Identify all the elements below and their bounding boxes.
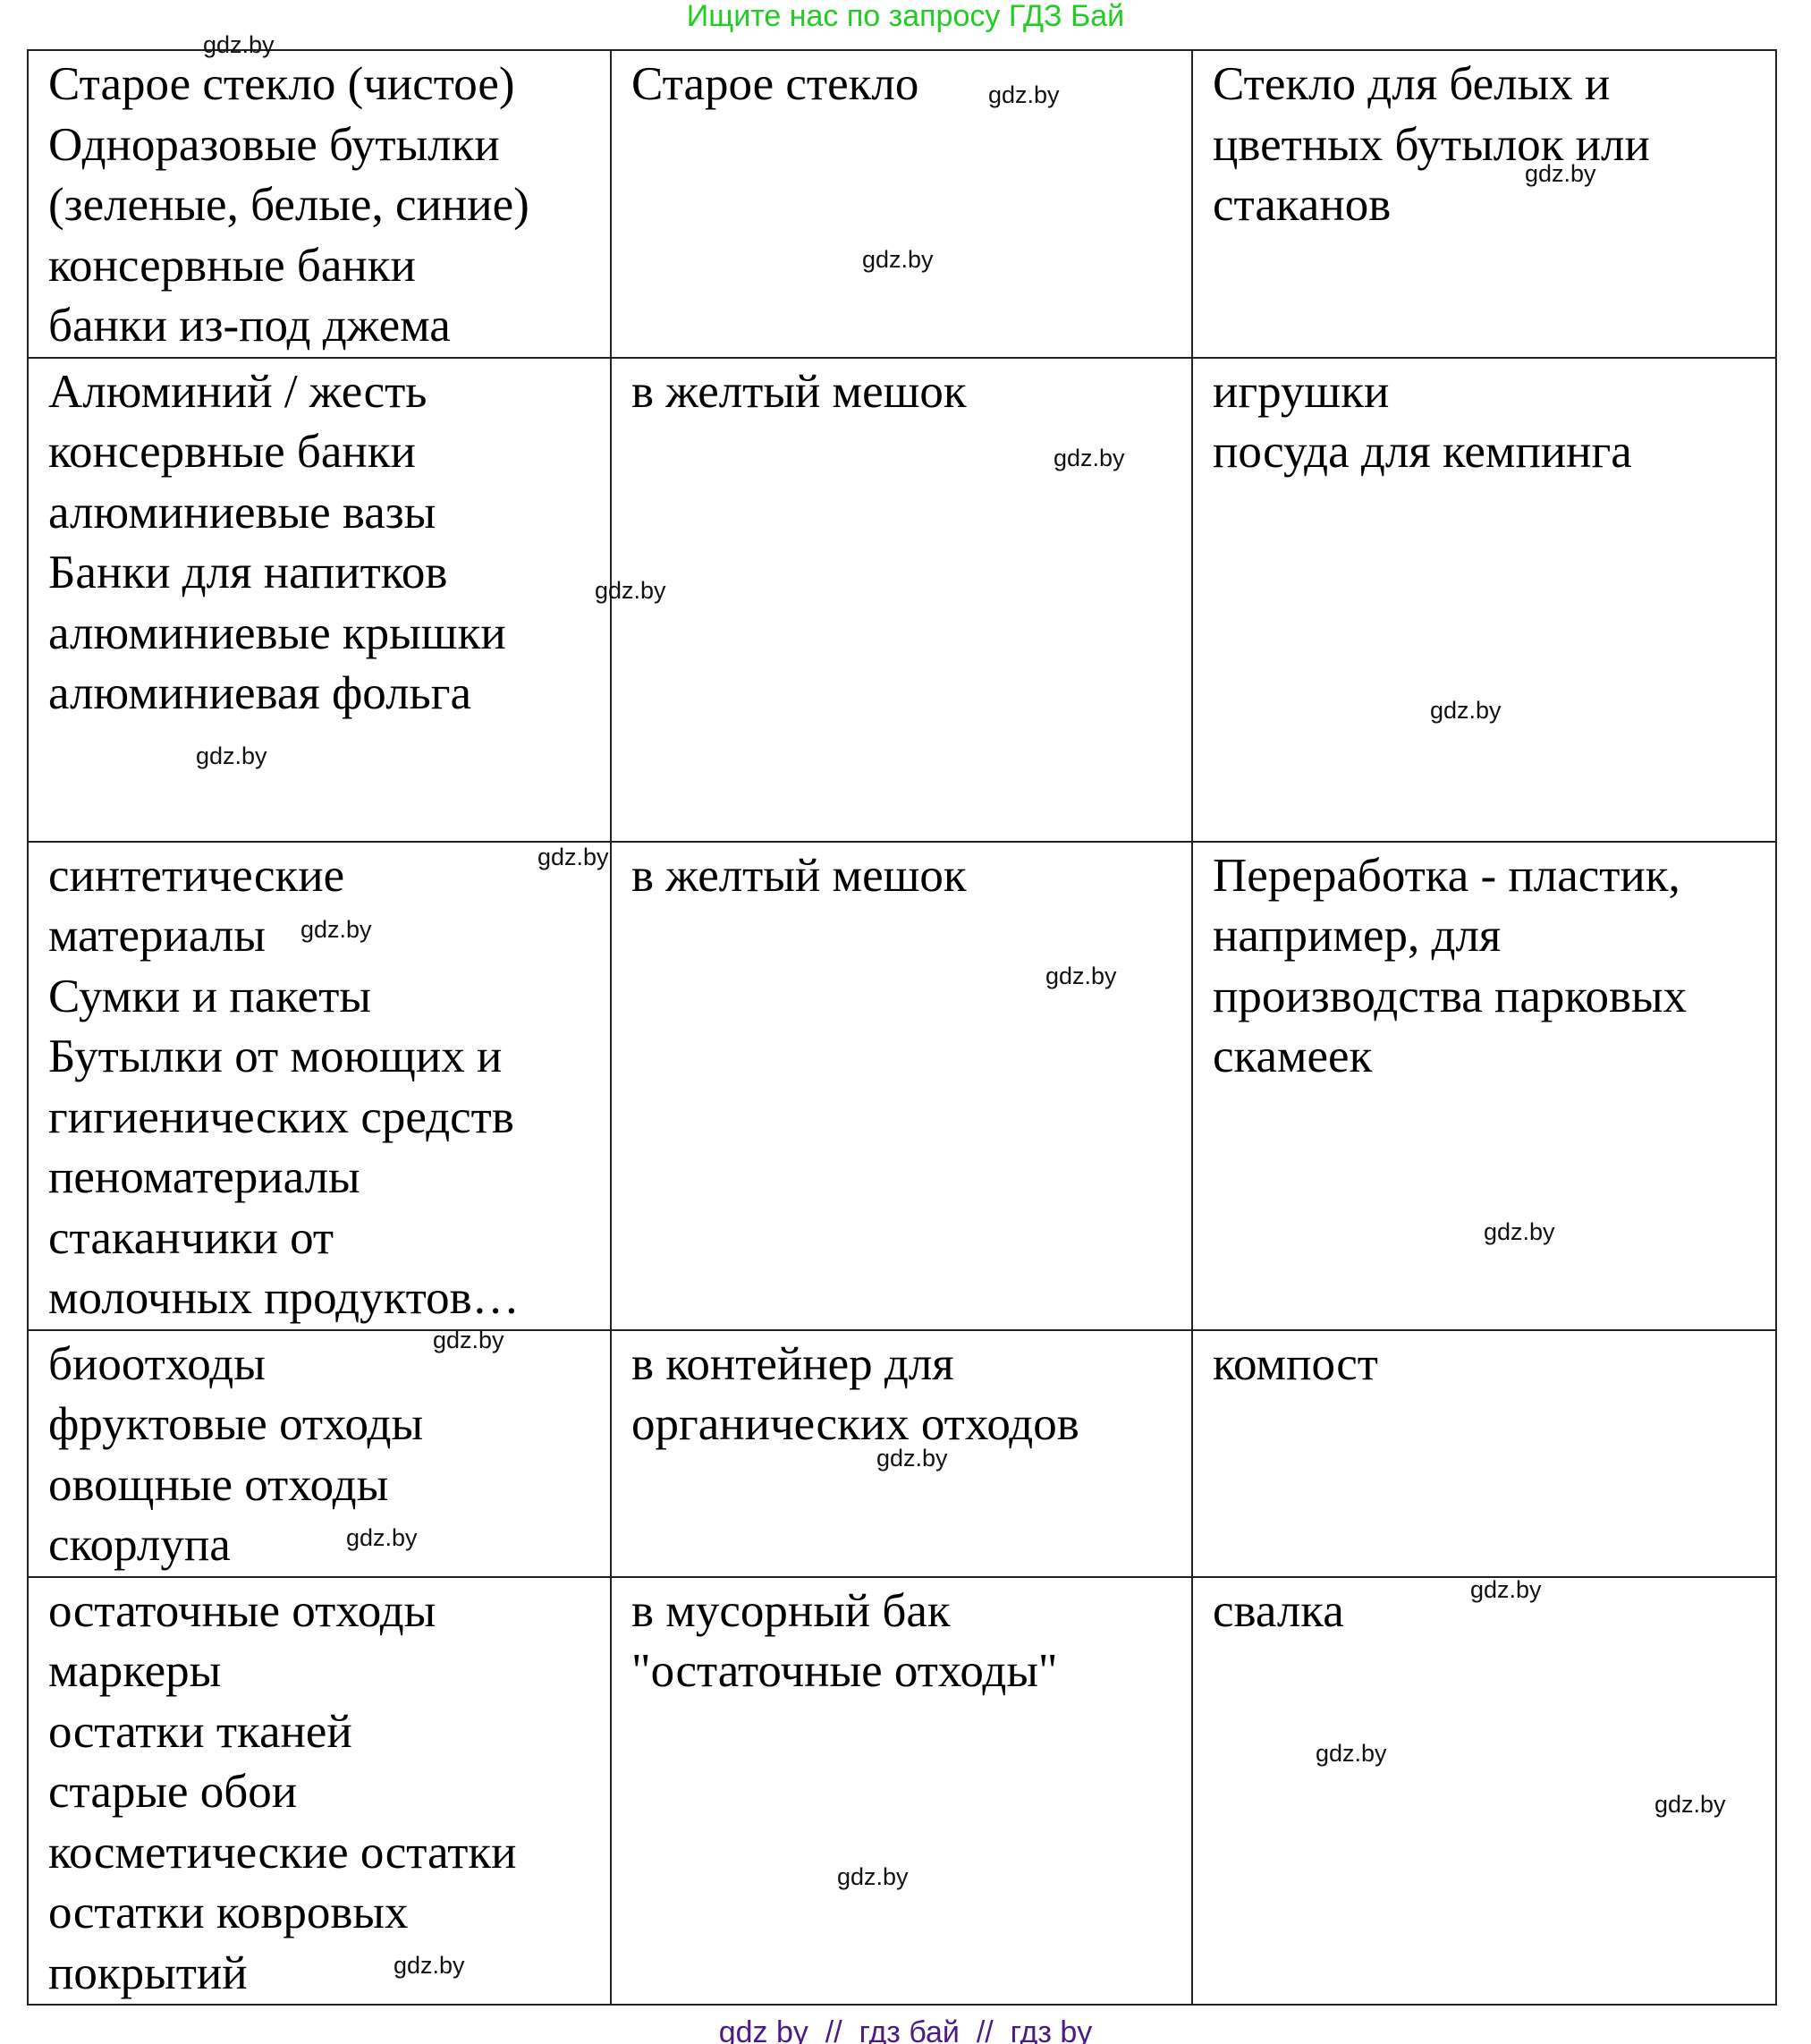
cell-line: косметические остатки bbox=[48, 1823, 590, 1884]
cell-line: Сумки и пакеты bbox=[48, 967, 590, 1028]
cell-line: Старое стекло bbox=[631, 55, 1172, 115]
cell-line: в мусорный бак bbox=[631, 1582, 1172, 1642]
watermark-text: gdz.by bbox=[196, 743, 267, 768]
watermark-text: gdz.by bbox=[1054, 445, 1125, 471]
cell-material: Старое стекло (чистое)Одноразовые бутылк… bbox=[28, 50, 611, 358]
cell-line: покрытий bbox=[48, 1944, 590, 2005]
watermark-text: gdz.by bbox=[537, 844, 609, 869]
watermark-text: gdz.by bbox=[433, 1327, 504, 1353]
cell-line: овощные отходы bbox=[48, 1455, 590, 1516]
footer-links: gdz by // гдз бай // гдз by bbox=[0, 2014, 1811, 2044]
watermark-text: gdz.by bbox=[595, 578, 666, 603]
watermark-text: gdz.by bbox=[203, 32, 275, 57]
cell-line: в контейнер для bbox=[631, 1335, 1172, 1395]
cell-line: (зеленые, белые, синие) bbox=[48, 175, 590, 236]
watermark-text: gdz.by bbox=[346, 1525, 418, 1550]
cell-line: "остаточные отходы" bbox=[631, 1641, 1172, 1702]
watermark-text: gdz.by bbox=[300, 917, 372, 942]
watermark-text: gdz.by bbox=[1470, 1577, 1542, 1602]
waste-sorting-table: Старое стекло (чистое)Одноразовые бутылк… bbox=[27, 49, 1777, 2006]
cell-line: в желтый мешок bbox=[631, 846, 1172, 907]
cell-line: молочных продуктов… bbox=[48, 1268, 590, 1329]
cell-line: алюминиевые вазы bbox=[48, 483, 590, 544]
watermark-text: gdz.by bbox=[1316, 1741, 1387, 1766]
cell-line: банки из-под джема bbox=[48, 296, 590, 357]
cell-disposal: Старое стекло bbox=[611, 50, 1192, 358]
cell-line: консервные банки bbox=[48, 236, 590, 297]
watermark-text: gdz.by bbox=[837, 1864, 909, 1889]
watermark-text: gdz.by bbox=[876, 1446, 948, 1471]
cell-disposal: в желтый мешок bbox=[611, 358, 1192, 842]
watermark-text: gdz.by bbox=[1045, 963, 1117, 988]
cell-line: цветных бутылок или bbox=[1213, 115, 1756, 176]
cell-line: маркеры bbox=[48, 1641, 590, 1702]
cell-material: биоотходыфруктовые отходыовощные отходыс… bbox=[28, 1330, 611, 1577]
cell-recycling: Переработка - пластик,например, дляпроиз… bbox=[1192, 842, 1776, 1330]
cell-disposal: в желтый мешок bbox=[611, 842, 1192, 1330]
cell-line: гигиенических средств bbox=[48, 1088, 590, 1149]
watermark-text: gdz.by bbox=[1484, 1219, 1555, 1244]
cell-line: Бутылки от моющих и bbox=[48, 1027, 590, 1088]
table-row: Старое стекло (чистое)Одноразовые бутылк… bbox=[28, 50, 1776, 358]
watermark-text: gdz.by bbox=[862, 247, 934, 272]
cell-line: производства парковых bbox=[1213, 967, 1756, 1028]
cell-line: Переработка - пластик, bbox=[1213, 846, 1756, 907]
cell-line: Старое стекло (чистое) bbox=[48, 55, 590, 115]
cell-line: алюминиевые крышки bbox=[48, 604, 590, 665]
cell-line: консервные банки bbox=[48, 422, 590, 483]
watermark-text: gdz.by bbox=[1525, 161, 1596, 186]
table-row: синтетическиематериалыСумки и пакетыБуты… bbox=[28, 842, 1776, 1330]
cell-line: остатки ковровых bbox=[48, 1883, 590, 1944]
cell-line: Одноразовые бутылки bbox=[48, 115, 590, 176]
watermark-text: gdz.by bbox=[988, 82, 1060, 107]
watermark-text: gdz.by bbox=[1430, 698, 1502, 723]
cell-line: Банки для напитков bbox=[48, 543, 590, 604]
cell-line: пеноматериалы bbox=[48, 1148, 590, 1209]
cell-line: биоотходы bbox=[48, 1335, 590, 1395]
cell-line: остатки тканей bbox=[48, 1702, 590, 1763]
watermark-text: gdz.by bbox=[394, 1953, 465, 1978]
cell-line: например, для bbox=[1213, 906, 1756, 967]
cell-line: в желтый мешок bbox=[631, 362, 1172, 423]
cell-line: стаканов bbox=[1213, 175, 1756, 236]
cell-line: компост bbox=[1213, 1335, 1756, 1395]
cell-line: остаточные отходы bbox=[48, 1582, 590, 1642]
cell-recycling: компост bbox=[1192, 1330, 1776, 1577]
table-row: Алюминий / жестьконсервные банкиалюминие… bbox=[28, 358, 1776, 842]
watermark-text: gdz.by bbox=[1654, 1792, 1726, 1817]
cell-line: старые обои bbox=[48, 1762, 590, 1823]
cell-recycling: Стекло для белых ицветных бутылок илиста… bbox=[1192, 50, 1776, 358]
cell-line: стаканчики от bbox=[48, 1209, 590, 1269]
cell-material: Алюминий / жестьконсервные банкиалюминие… bbox=[28, 358, 611, 842]
search-hint-banner: Ищите нас по запросу ГДЗ Бай bbox=[0, 0, 1811, 36]
cell-recycling: игрушкипосуда для кемпинга bbox=[1192, 358, 1776, 842]
cell-line: Стекло для белых и bbox=[1213, 55, 1756, 115]
cell-line: скамеек bbox=[1213, 1027, 1756, 1088]
cell-line: фруктовые отходы bbox=[48, 1395, 590, 1455]
cell-line: скорлупа bbox=[48, 1515, 590, 1576]
cell-disposal: в мусорный бак"остаточные отходы" bbox=[611, 1577, 1192, 2006]
cell-material: остаточные отходымаркерыостатки тканейст… bbox=[28, 1577, 611, 2006]
cell-line: игрушки bbox=[1213, 362, 1756, 423]
cell-line: синтетические bbox=[48, 846, 590, 907]
cell-material: синтетическиематериалыСумки и пакетыБуты… bbox=[28, 842, 611, 1330]
cell-line: Алюминий / жесть bbox=[48, 362, 590, 423]
table-row: остаточные отходымаркерыостатки тканейст… bbox=[28, 1577, 1776, 2006]
cell-line: посуда для кемпинга bbox=[1213, 422, 1756, 483]
cell-line: алюминиевая фольга bbox=[48, 664, 590, 725]
